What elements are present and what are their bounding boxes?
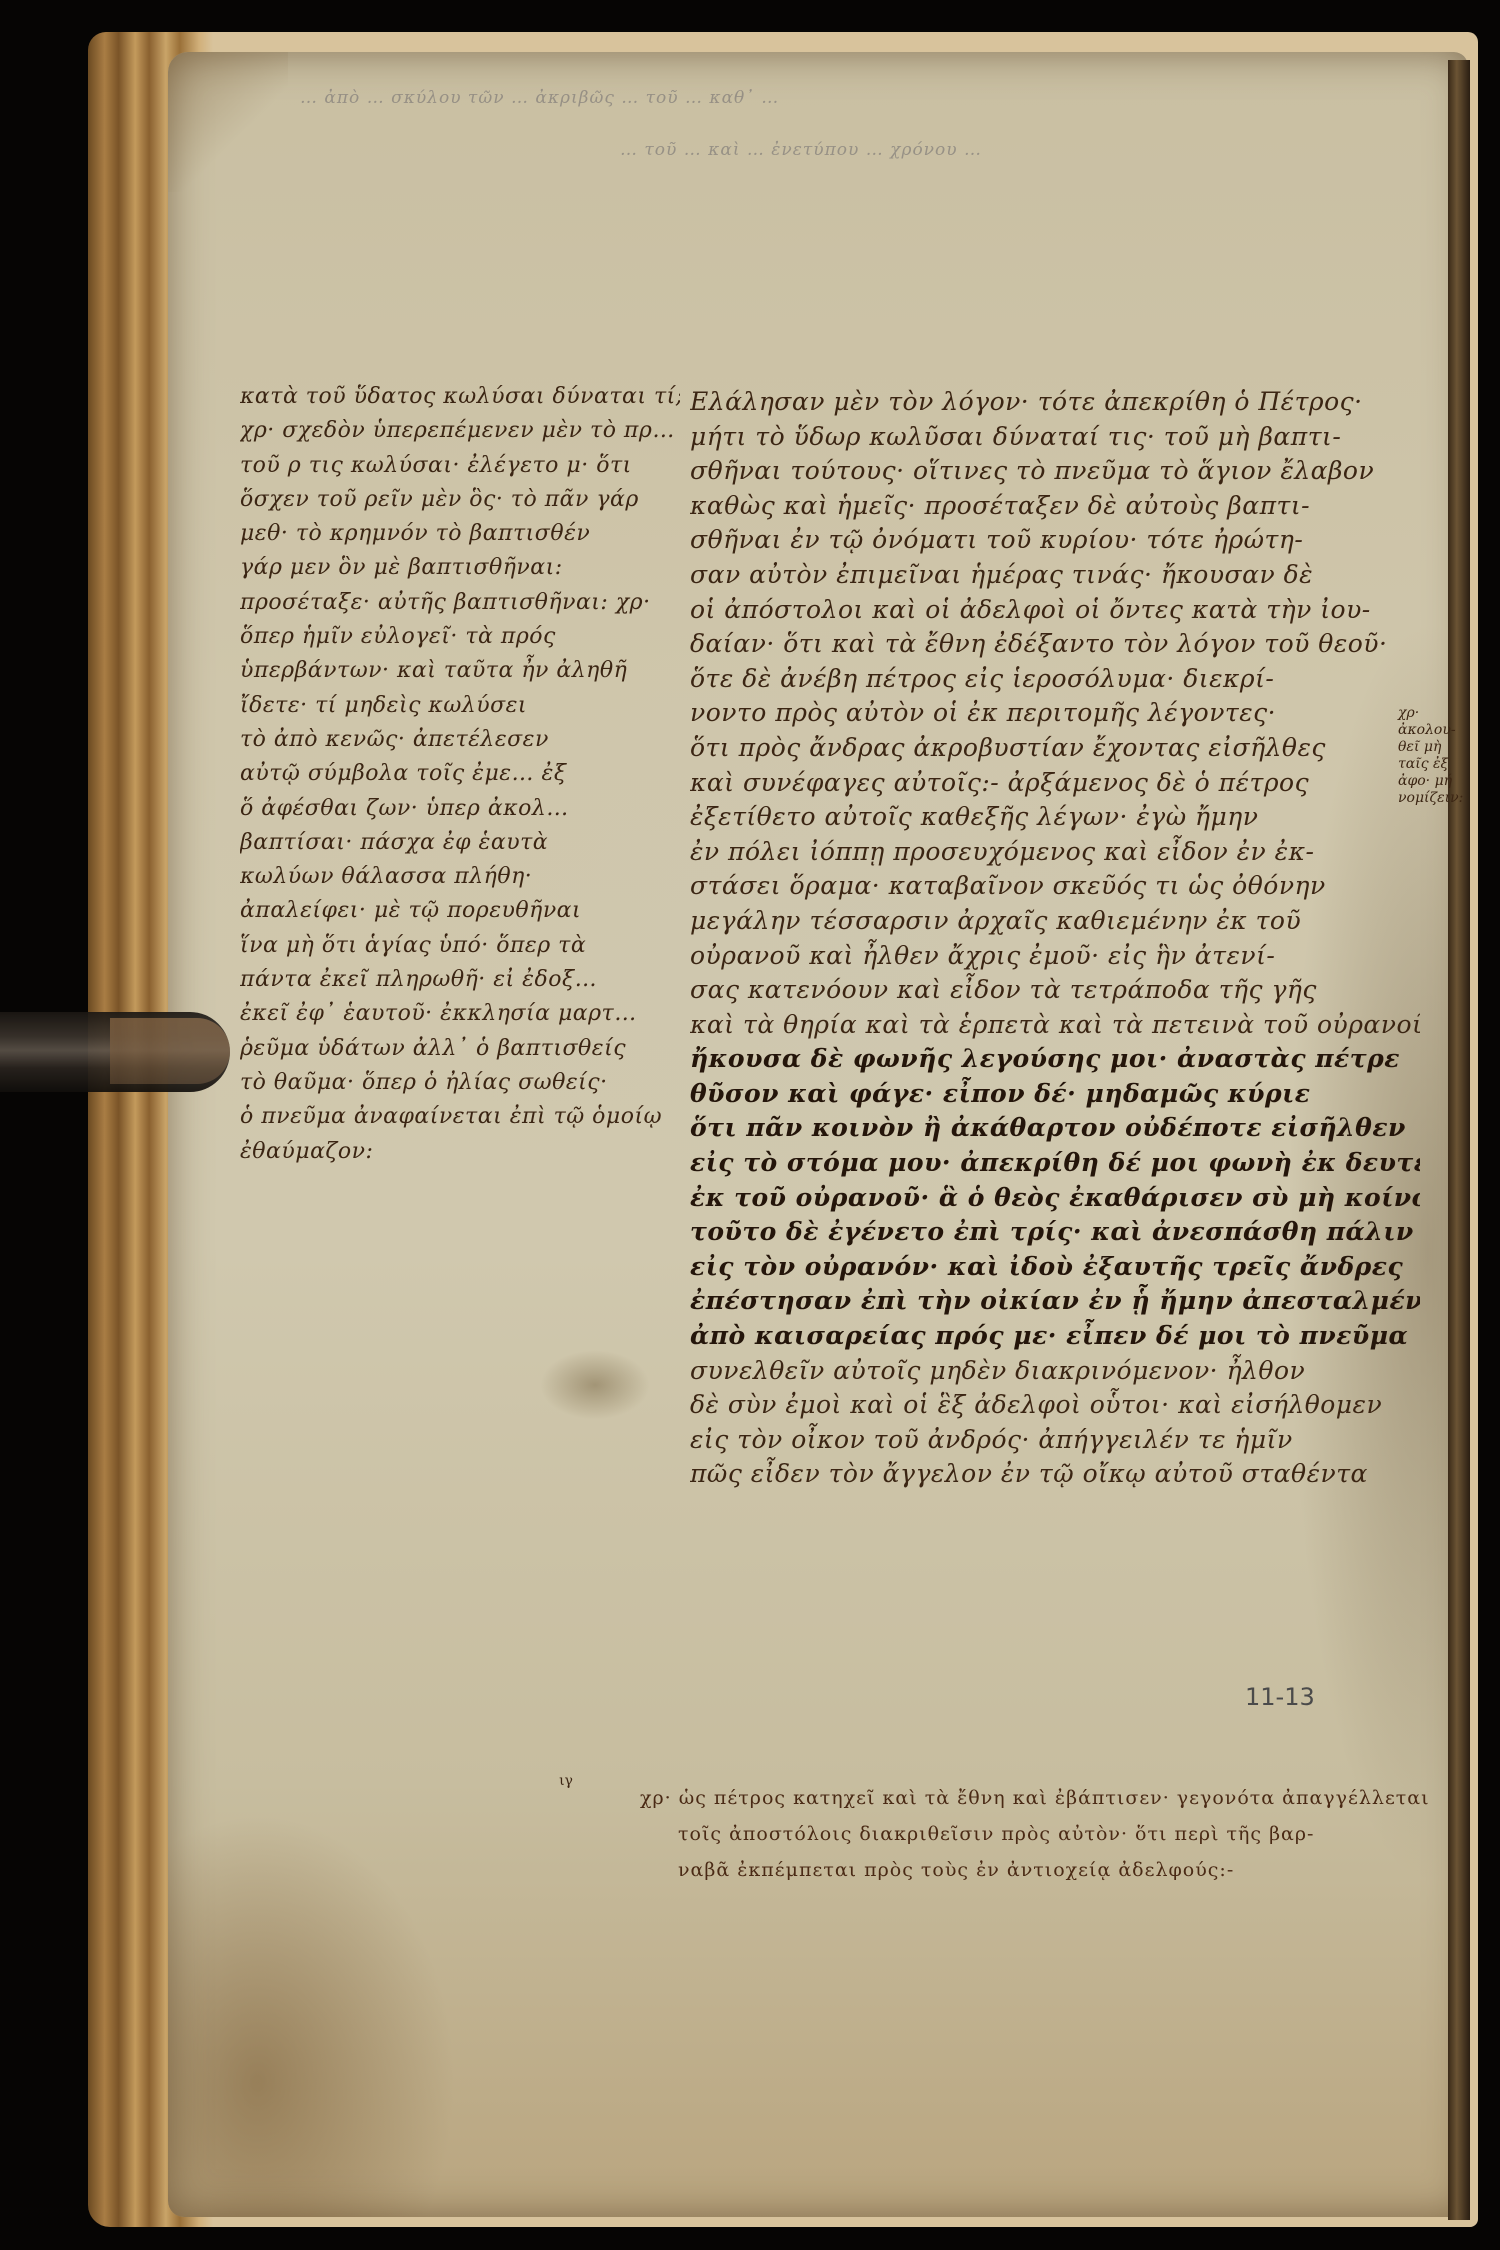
text-line: μεγάλην τέσσαρσιν ἀρχαῖς καθιεμένην ἐκ τ…	[690, 904, 1420, 939]
commentary-line: ὅσχεν τοῦ ρεῖν μὲν ὃς· τὸ πᾶν γάρ	[240, 483, 680, 517]
commentary-line: ὅ ἀφέσθαι ζων· ὑπερ ἀκολ…	[240, 792, 680, 826]
text-line: καὶ τὰ θηρία καὶ τὰ ἑρπετὰ καὶ τὰ πετειν…	[690, 1008, 1420, 1043]
commentary-line: ὅπερ ἡμῖν εὐλογεῖ· τὰ πρός	[240, 620, 680, 654]
text-line: μήτι τὸ ὕδωρ κωλῦσαι δύναταί τις· τοῦ μὴ…	[690, 420, 1420, 455]
glass-bookmark-rod	[0, 1012, 230, 1092]
binding-edge	[1448, 60, 1470, 2220]
commentary-line: ῥεῦμα ὑδάτων ἀλλ᾽ ὁ βαπτισθείς	[240, 1032, 680, 1066]
text-line: ἐξετίθετο αὐτοῖς καθεξῆς λέγων· ἐγὼ ἤμην	[690, 800, 1420, 835]
commentary-line: ἀπαλείφει· μὲ τῷ πορευθῆναι	[240, 894, 680, 928]
margin-line: ἀφο· μή	[1398, 773, 1468, 790]
text-line-bold: θῦσον καὶ φάγε· εἶπον δέ· μηδαμῶς κύριε	[690, 1077, 1420, 1112]
text-line-bold: ἐκ τοῦ οὐρανοῦ· ἃ ὁ θεὸς ἐκαθάρισεν σὺ μ…	[690, 1181, 1420, 1216]
text-line: σαν αὐτὸν ἐπιμεῖναι ἡμέρας τινάς· ἤκουσα…	[690, 558, 1420, 593]
summary-line: ναβᾶ ἐκπέμπεται πρὸς τοὺς ἐν ἀντιοχείᾳ ἀ…	[640, 1852, 1410, 1888]
chapter-number-mark: ιγ	[555, 1773, 577, 1789]
text-line: σθῆναι τούτους· οἵτινες τὸ πνεῦμα τὸ ἅγι…	[690, 454, 1420, 489]
commentary-column: κατὰ τοῦ ὕδατος κωλύσαι δύναται τί; χρ· …	[240, 380, 680, 1169]
bottom-summary-note: χρ· ὡς πέτρος κατηχεῖ καὶ τὰ ἔθνη καὶ ἐβ…	[640, 1780, 1410, 1888]
commentary-line: ἐκεῖ ἐφ᾽ ἑαυτοῦ· ἐκκλησία μαρτ…	[240, 997, 680, 1031]
commentary-line: αὐτῷ σύμβολα τοῖς ἐμε… ἐξ	[240, 757, 680, 791]
margin-line: νομίζειν:	[1398, 790, 1468, 807]
commentary-line: τοῦ ρ τις κωλύσαι· ἐλέγετο μ· ὅτι	[240, 449, 680, 483]
ink-stain	[540, 1350, 650, 1420]
commentary-line: προσέταξε· αὐτῆς βαπτισθῆναι: χρ·	[240, 586, 680, 620]
commentary-line: κατὰ τοῦ ὕδατος κωλύσαι δύναται τί;	[240, 380, 680, 414]
commentary-line: τὸ θαῦμα· ὅπερ ὁ ἠλίας σωθείς·	[240, 1066, 680, 1100]
show-through-line-1: … ἀπὸ … σκύλου τῶν … ἀκριβῶς … τοῦ … καθ…	[300, 88, 779, 108]
text-line: ὅτι πρὸς ἄνδρας ἀκροβυστίαν ἔχοντας εἰσῆ…	[690, 731, 1420, 766]
pencil-verse-range: 11-13	[1245, 1683, 1315, 1711]
summary-line: χρ· ὡς πέτρος κατηχεῖ καὶ τὰ ἔθνη καὶ ἐβ…	[640, 1780, 1410, 1816]
text-line: Ελάλησαν μὲν τὸν λόγον· τότε ἀπεκρίθη ὁ …	[690, 385, 1420, 420]
main-text-column: Ελάλησαν μὲν τὸν λόγον· τότε ἀπεκρίθη ὁ …	[690, 385, 1420, 1492]
commentary-line: ἐθαύμαζον:	[240, 1135, 680, 1169]
text-line: νοντο πρὸς αὐτὸν οἱ ἐκ περιτομῆς λέγοντε…	[690, 696, 1420, 731]
margin-annotation: χρ· ἀκολου- θεῖ μὴ ταῖς ἐξ ἀφο· μή νομίζ…	[1398, 705, 1468, 807]
text-line: οὐρανοῦ καὶ ἦλθεν ἄχρις ἐμοῦ· εἰς ἣν ἀτε…	[690, 939, 1420, 974]
text-line-bold: εἰς τὸν οὐρανόν· καὶ ἰδοὺ ἐξαυτῆς τρεῖς …	[690, 1250, 1420, 1285]
show-through-line-2: … τοῦ … καὶ … ἐνετύπου … χρόνου …	[620, 140, 982, 160]
text-line-bold: ἤκουσα δὲ φωνῆς λεγούσης μοι· ἀναστὰς πέ…	[690, 1042, 1420, 1077]
text-line-bold: ἐπέστησαν ἐπὶ τὴν οἰκίαν ἐν ᾗ ἤμην ἀπεστ…	[690, 1284, 1420, 1319]
commentary-line: ὑπερβάντων· καὶ ταῦτα ἦν ἀληθῆ	[240, 654, 680, 688]
margin-line: χρ·	[1398, 705, 1468, 722]
commentary-line: γάρ μεν ὃν μὲ βαπτισθῆναι:	[240, 551, 680, 585]
commentary-line: ἴδετε· τί μηδεὶς κωλύσει	[240, 689, 680, 723]
text-line: πῶς εἶδεν τὸν ἄγγελον ἐν τῷ οἴκῳ αὐτοῦ σ…	[690, 1457, 1420, 1492]
text-line: εἰς τὸν οἶκον τοῦ ἀνδρός· ἀπήγγειλέν τε …	[690, 1423, 1420, 1458]
commentary-line: χρ· σχεδὸν ὑπερεπέμενεν μὲν τὸ πρ…	[240, 414, 680, 448]
commentary-line: ἵνα μὴ ὅτι ἁγίας ὑπό· ὅπερ τὰ	[240, 929, 680, 963]
commentary-line: τὸ ἀπὸ κενῶς· ἀπετέλεσεν	[240, 723, 680, 757]
commentary-line: ὁ πνεῦμα ἀναφαίνεται ἐπὶ τῷ ὁμοίῳ	[240, 1100, 680, 1134]
commentary-line: βαπτίσαι· πάσχα ἐφ ἑαυτὰ	[240, 826, 680, 860]
commentary-line: μεθ· τὸ κρημνόν τὸ βαπτισθέν	[240, 517, 680, 551]
text-line: ἐν πόλει ἰόππῃ προσευχόμενος καὶ εἶδον ἐ…	[690, 835, 1420, 870]
corner-fold	[168, 52, 288, 192]
text-line-bold: ἀπὸ καισαρείας πρός με· εἶπεν δέ μοι τὸ …	[690, 1319, 1420, 1354]
text-line: σθῆναι ἐν τῷ ὀνόματι τοῦ κυρίου· τότε ἠρ…	[690, 523, 1420, 558]
text-line: σας κατενόουν καὶ εἶδον τὰ τετράποδα τῆς…	[690, 973, 1420, 1008]
text-line: οἱ ἀπόστολοι καὶ οἱ ἀδελφοὶ οἱ ὄντες κατ…	[690, 593, 1420, 628]
margin-line: θεῖ μὴ	[1398, 739, 1468, 756]
margin-line: ταῖς ἐξ	[1398, 756, 1468, 773]
commentary-line: πάντα ἐκεῖ πληρωθῆ· εἰ ἐδοξ…	[240, 963, 680, 997]
text-line: ὅτε δὲ ἀνέβη πέτρος εἰς ἱεροσόλυμα· διεκ…	[690, 662, 1420, 697]
text-line: συνελθεῖν αὐτοῖς μηδὲν διακρινόμενον· ἦλ…	[690, 1354, 1420, 1389]
summary-line: τοῖς ἀποστόλοις διακριθεῖσιν πρὸς αὐτὸν·…	[640, 1816, 1410, 1852]
text-line-bold: ὅτι πᾶν κοινὸν ἢ ἀκάθαρτον οὐδέποτε εἰσῆ…	[690, 1111, 1420, 1146]
commentary-line: κωλύων θάλασσα πλήθη·	[240, 860, 680, 894]
text-line-bold: τοῦτο δὲ ἐγένετο ἐπὶ τρίς· καὶ ἀνεσπάσθη…	[690, 1215, 1420, 1250]
margin-line: ἀκολου-	[1398, 722, 1468, 739]
text-line: στάσει ὅραμα· καταβαῖνον σκεῦός τι ὡς ὀθ…	[690, 869, 1420, 904]
text-line: δὲ σὺν ἐμοὶ καὶ οἱ ἓξ ἀδελφοὶ οὗτοι· καὶ…	[690, 1388, 1420, 1423]
text-line: καθὼς καὶ ἡμεῖς· προσέταξεν δὲ αὐτοὺς βα…	[690, 489, 1420, 524]
text-line: καὶ συνέφαγες αὐτοῖς:- ἀρξάμενος δὲ ὁ πέ…	[690, 766, 1420, 801]
text-line: δαίαν· ὅτι καὶ τὰ ἔθνη ἐδέξαντο τὸν λόγο…	[690, 627, 1420, 662]
text-line-bold: εἰς τὸ στόμα μου· ἀπεκρίθη δέ μοι φωνὴ ἐ…	[690, 1146, 1420, 1181]
